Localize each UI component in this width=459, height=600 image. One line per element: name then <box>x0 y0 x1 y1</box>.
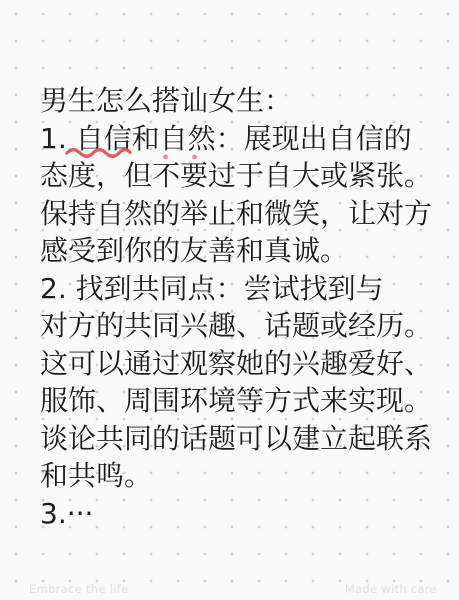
note-page: 男生怎么搭讪女生： 1. 自信和自然：展现出自信的 态度，但不要过于自大或紧张。… <box>0 0 459 600</box>
note-line: 保持自然的举止和微笑，让对方 <box>40 195 440 233</box>
watermark-left: Embrace the life <box>29 583 128 595</box>
watermark-right: Made with care <box>345 583 437 595</box>
note-line-title: 男生怎么搭讪女生： <box>40 82 440 120</box>
note-line: 服饰、周围环境等方式来实现。 <box>40 382 440 420</box>
note-line: 2. 找到共同点：尝试找到与 <box>40 270 440 308</box>
note-line: 态度，但不要过于自大或紧张。 <box>40 157 440 195</box>
note-line: 对方的共同兴趣、话题或经历。 <box>40 307 440 345</box>
note-line: 1. 自信和自然：展现出自信的 <box>40 120 440 158</box>
note-line: 感受到你的友善和真诚。 <box>40 232 440 270</box>
note-line: 3.··· <box>40 495 440 533</box>
note-body: 男生怎么搭讪女生： 1. 自信和自然：展现出自信的 态度，但不要过于自大或紧张。… <box>40 82 440 532</box>
note-line: 谈论共同的话题可以建立起联系 <box>40 420 440 458</box>
note-line: 这可以通过观察她的兴趣爱好、 <box>40 345 440 383</box>
note-line: 和共鸣。 <box>40 457 440 495</box>
